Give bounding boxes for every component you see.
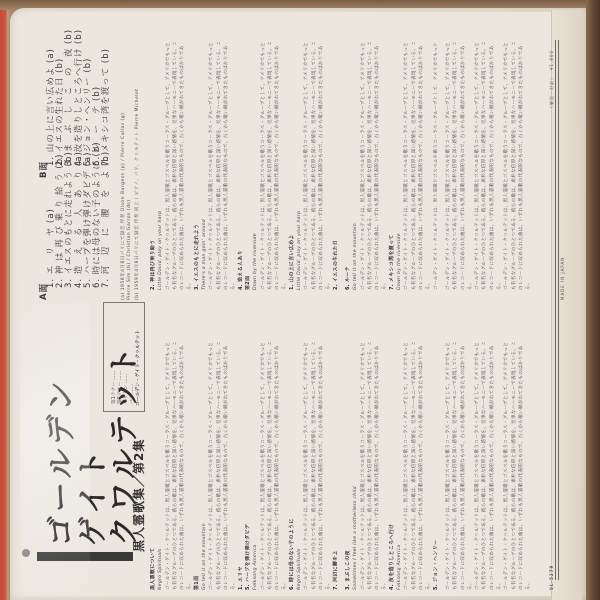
section-heading: 4. 造える人あり xyxy=(238,40,242,290)
section-heading: 第1面 xyxy=(194,340,201,590)
english-title: Folksong America xyxy=(252,340,259,590)
paragraph: ゴールデン・ゲイト・クヮルテットは、黒人霊歌とゴスペルを歌うコーラス・グループと… xyxy=(503,40,532,290)
catalog-number: SL-5279 xyxy=(549,565,554,590)
section-heading: 2. 神は再び乗り給う xyxy=(150,40,157,290)
paragraph: ゴールデン・ゲイト・クヮルテットは、黒人霊歌とゴスペルを歌うコーラス・グループと… xyxy=(303,40,332,290)
english-title: Negro Spirituals xyxy=(296,340,303,590)
paragraph: ゴールデン・ゲイト・クヮルテットは、黒人霊歌とゴスペルを歌うコーラス・グループと… xyxy=(503,340,532,590)
text-column: 2. 神は再び乗り給うLittle David, play on your ha… xyxy=(150,40,242,290)
paragraph: ゴールデン・ゲイト・クヮルテットは、黒人霊歌とゴスペルを歌うコーラス・グループと… xyxy=(445,340,474,590)
binding-hole xyxy=(22,549,30,557)
section-heading: 4. 汝を造りしところへ行け xyxy=(389,340,396,590)
paragraph: ゴールデン・ゲイト・クヮルテットは、黒人霊歌とゴスペルを歌うコーラス・グループと… xyxy=(208,40,237,290)
paragraph: ゴールデン・ゲイト・クヮルテットは、黒人霊歌とゴスペルを歌うコーラス・グループと… xyxy=(474,340,503,590)
paragraph: ゴールデン・ゲイト・クヮルテットは、黒人霊歌とゴスペルを歌うコーラス・グループと… xyxy=(260,40,289,290)
paragraph: ゴールデン・ゲイト・クヮルテットは、黒人霊歌とゴスペルを歌うコーラス・グループと… xyxy=(303,340,332,590)
section-heading: 5. ジョン・ヘンリー xyxy=(433,340,437,590)
english-title: Down by the riverside xyxy=(396,40,403,290)
paragraph: ゴールデン・ゲイト・クヮルテットは、黒人霊歌とゴスペルを歌うコーラス・グループと… xyxy=(360,340,389,590)
section-heading: 3. まぶしこの夜 xyxy=(345,340,352,590)
english-title: There's a man goin' around xyxy=(201,40,208,290)
english-title: Sometimes I feel like a motherless child xyxy=(352,340,359,590)
photo-background: ゴールデン ゲイト クワルテット 黒人霊歌集／第2集 ゴールデン・ゲイト・クヮル… xyxy=(0,0,600,600)
section-heading: 1. エリヤ xyxy=(238,340,242,590)
section-heading: 6. 時には母のない子のように xyxy=(289,340,296,590)
text-column: 5. ハープを弾け弾けダビデFolksong Americaゴールデン・ゲイト・… xyxy=(245,340,337,590)
page-rule xyxy=(555,40,559,580)
album-subtitle: 黒人霊歌集／第2集 xyxy=(130,439,147,552)
english-title: Little David, play on your harp xyxy=(296,40,303,290)
recording-credit: (b) 1959年4月8日パリにて録音 伴奏 同上 / ピアノ、パリ、クヮルテッ… xyxy=(134,88,140,300)
track-item: 7. メキシコ湾を渡って (b) xyxy=(99,48,111,166)
text-column: 3. まぶしこの夜Sometimes I feel like a motherl… xyxy=(345,340,437,590)
english-title: Down by the riverside xyxy=(252,40,259,290)
section-heading: 7. メキシコ湾を渡って xyxy=(389,40,396,290)
section-heading: 7. 河辺に腰をよ xyxy=(333,340,337,590)
paragraph: ゴールデン・ゲイト・クヮルテットは、黒人霊歌とゴスペルを歌うコーラス・グループと… xyxy=(260,340,289,590)
section-heading: 1. 山の上に言い広めよ xyxy=(289,40,296,290)
english-title: Negro Spirituals xyxy=(157,340,164,590)
paragraph: ゴールデン・ゲイト・クヮルテットは、黒人霊歌とゴスペルを歌うコーラス・グループと… xyxy=(208,340,237,590)
text-column: 黒人霊歌についてNegro Spiritualsゴールデン・ゲイト・クヮルテット… xyxy=(150,340,242,590)
text-column: ゴールデン・ゲイト・クヮルテットは、黒人霊歌とゴスペルを歌うコーラス・グループと… xyxy=(445,340,537,590)
paragraph: ゴールデン・ゲイト・クヮルテットは、黒人霊歌とゴスペルを歌うコーラス・グループと… xyxy=(165,40,194,290)
recording-credit: (a) 1956年4月8日パリにて録音 伴奏 Olson Burgess (p)… xyxy=(120,113,126,300)
recording-credit: Pierre Sim (b) / Christian Garros (ds) xyxy=(127,199,132,300)
section-heading: 2. イエスの生れた日 xyxy=(333,40,337,290)
section-heading: 5. ハープを弾け弾けダビデ xyxy=(245,340,252,590)
english-title: Go tell it on the mountain xyxy=(352,40,359,290)
personnel-line: バス …… xyxy=(128,383,135,404)
personnel-heading: ゴールデン・ゲイト・クヮルテット xyxy=(134,330,141,406)
made-in-japan: MADE IN JAPAN xyxy=(560,257,565,300)
text-column: ゴールデン・ゲイト・クヮルテットは、黒人霊歌とゴスペルを歌うコーラス・グループと… xyxy=(445,40,537,290)
track-item: 7. 河 辺 に 腰 を よ (b) xyxy=(99,151,111,288)
paragraph: ゴールデン・ゲイト・クヮルテットは、黒人霊歌とゴスペルを歌うコーラス・グループと… xyxy=(165,340,194,590)
english-title: Folksong America xyxy=(396,340,403,590)
text-column: 6. ルーテGo tell it on the mountainゴールデン・ゲイ… xyxy=(345,40,437,290)
paragraph: ゴールデン・ゲイト・クヮルテットは、黒人霊歌とゴスペルを歌うコーラス・グループと… xyxy=(403,340,432,590)
paragraph: ゴールデン・ゲイト・クヮルテットは、黒人霊歌とゴスペルを歌うコーラス・グループと… xyxy=(433,40,437,290)
title-accent-bar xyxy=(37,552,133,561)
paragraph: ゴールデン・ゲイト・クヮルテットは、黒人霊歌とゴスペルを歌うコーラス・グループと… xyxy=(403,40,432,290)
record-jacket-edge-right xyxy=(586,0,600,600)
section-heading: 6. ルーテ xyxy=(345,40,352,290)
english-title: Go tell it on the mountain xyxy=(201,340,208,590)
section-heading: 3. イエスのもとに走れよう xyxy=(194,40,201,290)
section-heading: 第2面 xyxy=(245,40,252,290)
price: ¥1,800 xyxy=(549,50,554,70)
label-note: （解説・対訳） xyxy=(549,75,555,110)
paragraph: ゴールデン・ゲイト・クヮルテットは、黒人霊歌とゴスペルを歌うコーラス・グループと… xyxy=(445,40,474,290)
english-title: Little David, play on your harp xyxy=(157,40,164,290)
paragraph: ゴールデン・ゲイト・クヮルテットは、黒人霊歌とゴスペルを歌うコーラス・グループと… xyxy=(474,40,503,290)
text-column: 第2面Down by the riversideゴールデン・ゲイト・クヮルテット… xyxy=(245,40,337,290)
section-heading: 黒人霊歌について xyxy=(150,340,157,590)
paragraph: ゴールデン・ゲイト・クヮルテットは、黒人霊歌とゴスペルを歌うコーラス・グループと… xyxy=(360,40,389,290)
